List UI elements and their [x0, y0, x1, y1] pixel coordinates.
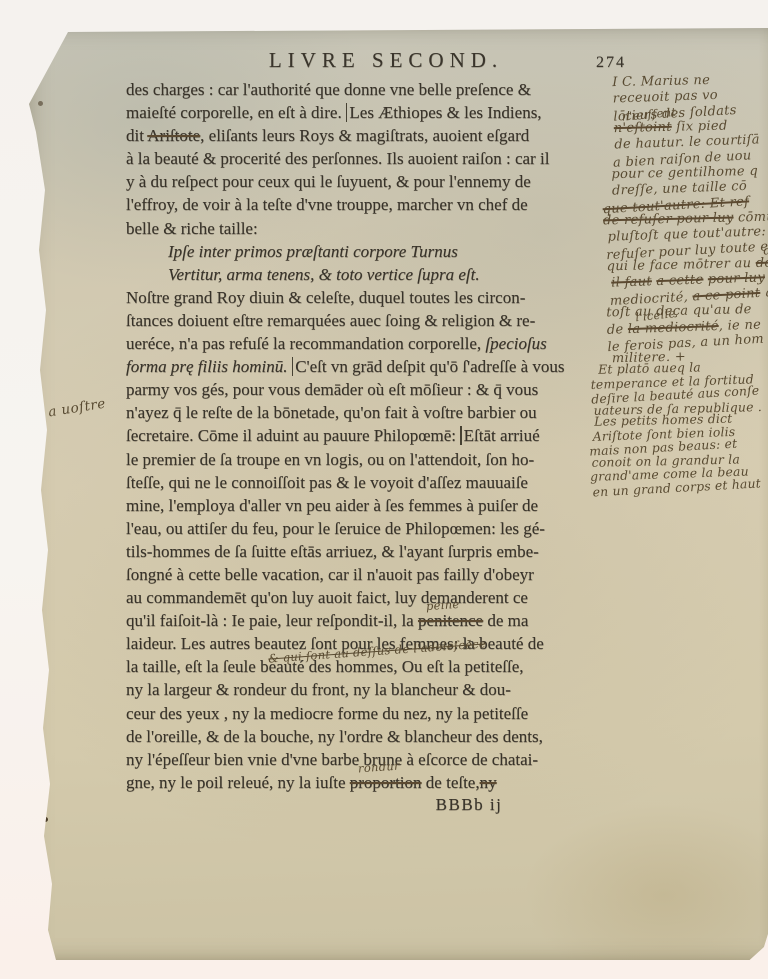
printed-text: de teſte, [422, 773, 480, 792]
printed-text: Ariſtote [147, 126, 200, 145]
handwritten-text: doigtdoit [756, 255, 768, 271]
print-line: forma prę filiis hominū.C'eſt vn grād de… [126, 355, 666, 378]
printed-text: mine, l'employa d'aller vn peu aider à ſ… [126, 496, 538, 515]
printed-text: ny l'épeſſeur bien vnie d'vne barbe brun… [126, 750, 538, 769]
handwritten-text: I C. Marius ne [612, 73, 710, 90]
photo-background: { "palette":{ "paper":"#d5cbb0","paper_t… [0, 0, 768, 979]
print-line: ſtances doiuent eſtre remarquées auec ſo… [126, 309, 666, 332]
print-line: maieſté corporelle, en eſt à dire.Les Æt… [126, 101, 666, 124]
printed-text: gne, ny le poil releué, ny la iuſte [126, 773, 350, 792]
printed-text: au commandemēt qu'on luy auoit faict, lu… [126, 588, 528, 607]
handwritten-text: a cette [656, 273, 704, 290]
printed-text: ſecretaire. Cōme il aduint au pauure Phi… [126, 426, 456, 445]
print-line: ſecretaire. Cōme il aduint au pauure Phi… [126, 424, 666, 447]
print-line: de l'oreille, & de la bouche, ny l'ordre… [126, 725, 666, 748]
print-line: y à du reſpect pour ceux qui le ſuyuent,… [126, 170, 666, 193]
print-line: l'effroy, de voir à la teſte d'vne troup… [126, 193, 666, 216]
print-line: n'ayez q̄ le reſte de la bōnetade, qu'on… [126, 401, 666, 424]
printed-text: Ou eſt la petiteſſe, [397, 657, 523, 676]
printed-text: à la beauté & procerité des perſonnes. I… [126, 149, 549, 168]
printed-text: de l'oreille, & de la bouche, ny l'ordre… [126, 727, 543, 746]
printed-text: ny la largeur & rondeur du front, ny la … [126, 680, 511, 699]
print-line: ſongné à cette belle vacation, car il n'… [126, 563, 666, 586]
interlinear-correction: rondur [357, 760, 400, 774]
page-edge-specks [14, 28, 17, 31]
interlinear-correction: doit [763, 244, 768, 257]
handwritten-text: cōmun [733, 209, 768, 225]
printed-text: dit [126, 126, 147, 145]
right-margin-note-2: Et platō aueq latemperance et la fortitu… [590, 358, 762, 418]
print-line: gne, ny le poil releué, ny la iuſte prop… [126, 771, 666, 794]
handwritten-text: conoit on la grandur la [591, 451, 740, 469]
printed-text: penitencepeine [418, 611, 483, 630]
printed-text: belle & riche taille: [126, 219, 258, 238]
left-margin-note: a uoſtre [47, 396, 107, 421]
print-line: l'eau, ou attiſer du feu, pour le ſeruic… [126, 517, 666, 540]
print-line: au commandemēt qu'on luy auoit faict, lu… [126, 586, 666, 609]
printed-text: n'ayez q̄ le reſte de la bōnetade, qu'on… [126, 403, 537, 422]
print-line: la taille, eſt la ſeule beauté des homme… [126, 655, 666, 678]
running-header-title: LIVRE SECOND. [126, 48, 646, 73]
handwritten-text: il faut [611, 275, 652, 291]
printed-text: des charges : car l'authorité que donne … [126, 80, 531, 99]
handwritten-text: n'eſtointn'euſſent [614, 120, 672, 136]
handwritten-text: de refuſer pour luy [603, 211, 734, 229]
printed-text: C'eſt vn grād deſpit qu'ō ſ'adreſſe à vo… [295, 357, 564, 376]
insertion-mark [292, 357, 294, 376]
printed-text: ſongné à cette belle vacation, car il n'… [126, 565, 534, 584]
print-line: Noſtre grand Roy diuin & celeſte, duquel… [126, 286, 666, 309]
signature-mark: BBBb ij [394, 795, 544, 815]
print-line: ny la largeur & rondeur du front, ny la … [126, 678, 666, 701]
print-line: ſteſſe, qui ne le connoiſſoit pas & le v… [126, 471, 666, 494]
printed-text: ſpecioſus [485, 334, 546, 353]
printed-text: Noſtre grand Roy diuin & celeſte, duquel… [126, 288, 525, 307]
printed-text: de ma [483, 611, 528, 630]
print-line: belle & riche taille: [126, 217, 666, 240]
interlinear-correction: l'icelle [635, 308, 676, 323]
printed-text: la taille, eſt la ſeule [126, 657, 260, 676]
printed-text: ceur des yeux , ny la mediocre forme du … [126, 704, 528, 723]
print-line: Vertitur, arma tenens, & toto vertice ſu… [126, 263, 666, 286]
printed-text: ſteſſe, qui ne le connoiſſoit pas & le v… [126, 473, 528, 492]
page-number: 274 [596, 54, 626, 72]
printed-text: , eliſants leurs Roys & magiſtrats, auoi… [200, 126, 529, 145]
printed-text: ſtances doiuent eſtre remarquées auec ſo… [126, 311, 535, 330]
printed-text: forma prę filiis hominū. [126, 357, 288, 376]
printed-text: parmy vos gés, pour vous demāder où eſt … [126, 380, 538, 399]
printed-text: Ipſe inter primos præſtanti corpore Turn… [168, 242, 458, 261]
interlinear-correction: n'euſſent [621, 107, 677, 123]
print-line: Ipſe inter primos præſtanti corpore Turn… [126, 240, 666, 263]
margin-note-line: conoit on la grandur la [591, 452, 760, 469]
interlinear-correction: peine [426, 599, 460, 612]
print-line: des charges : car l'authorité que donne … [126, 78, 666, 101]
printed-text: proportionrondur [350, 773, 422, 792]
print-line: à la beauté & procerité des perſonnes. I… [126, 147, 666, 170]
right-margin-note-3: Les petits homes dictAriſtote ſont bien … [588, 410, 761, 497]
margin-note-line: n'eſtointn'euſſent ſix pied [614, 115, 768, 136]
printed-text: l'eau, ou attiſer du feu, pour le ſeruic… [126, 519, 545, 538]
print-line: ceur des yeux , ny la mediocre forme du … [126, 702, 666, 725]
printed-text: l'effroy, de voir à la teſte d'vne troup… [126, 195, 528, 214]
handwritten-text: ſix pied [672, 119, 728, 135]
printed-text: tils-hommes de ſa ſuitte eſtās arriuez, … [126, 542, 539, 561]
printed-text: qu'il faiſoit-là : Ie paie, leur reſpond… [126, 611, 418, 630]
book-page: LIVRE SECOND. 274 des charges : car l'au… [14, 28, 768, 960]
print-line: parmy vos gés, pour vous demāder où eſt … [126, 378, 666, 401]
printed-text: ny [480, 773, 497, 792]
printed-text: Les Æthiopes & les Indiens, [349, 103, 541, 122]
print-line: qu'il faiſoit-là : Ie paie, leur reſpond… [126, 609, 666, 632]
insertion-mark [460, 426, 462, 445]
print-line: mine, l'employa d'aller vn peu aider à ſ… [126, 494, 666, 517]
printed-text: ueréce, n'a pas refuſé la recommandation… [126, 334, 485, 353]
print-text-block: des charges : car l'authorité que donne … [126, 78, 666, 794]
print-line: dit Ariſtote, eliſants leurs Roys & magi… [126, 124, 666, 147]
handwritten-text: de [607, 322, 629, 338]
print-line: tils-hommes de ſa ſuitte eſtās arriuez, … [126, 540, 666, 563]
printed-text: y à du reſpect pour ceux qui le ſuyuent,… [126, 172, 531, 191]
printed-text: Eſtāt arriué [464, 426, 540, 445]
printed-text: Vertitur, arma tenens, & toto vertice ſu… [168, 265, 480, 284]
printed-text: beauté des hommes,& qui ſont au deſſus d… [260, 657, 397, 676]
printed-text: le premier de ſa troupe en vn logis, ou … [126, 450, 534, 469]
insertion-mark [346, 103, 348, 122]
print-line: ueréce, n'a pas refuſé la recommandation… [126, 332, 666, 355]
handwritten-text: Les petits homes dict [594, 411, 732, 429]
handwritten-text: qu'il ſoit plu [760, 281, 768, 301]
handwritten-text: Et platō aueq la [598, 359, 701, 376]
print-line: le premier de ſa troupe en vn logis, ou … [126, 448, 666, 471]
right-margin-note-1: I C. Marius nereceuoit pas volōtiers des… [598, 68, 768, 368]
printed-text: maieſté corporelle, en eſt à dire. [126, 103, 342, 122]
